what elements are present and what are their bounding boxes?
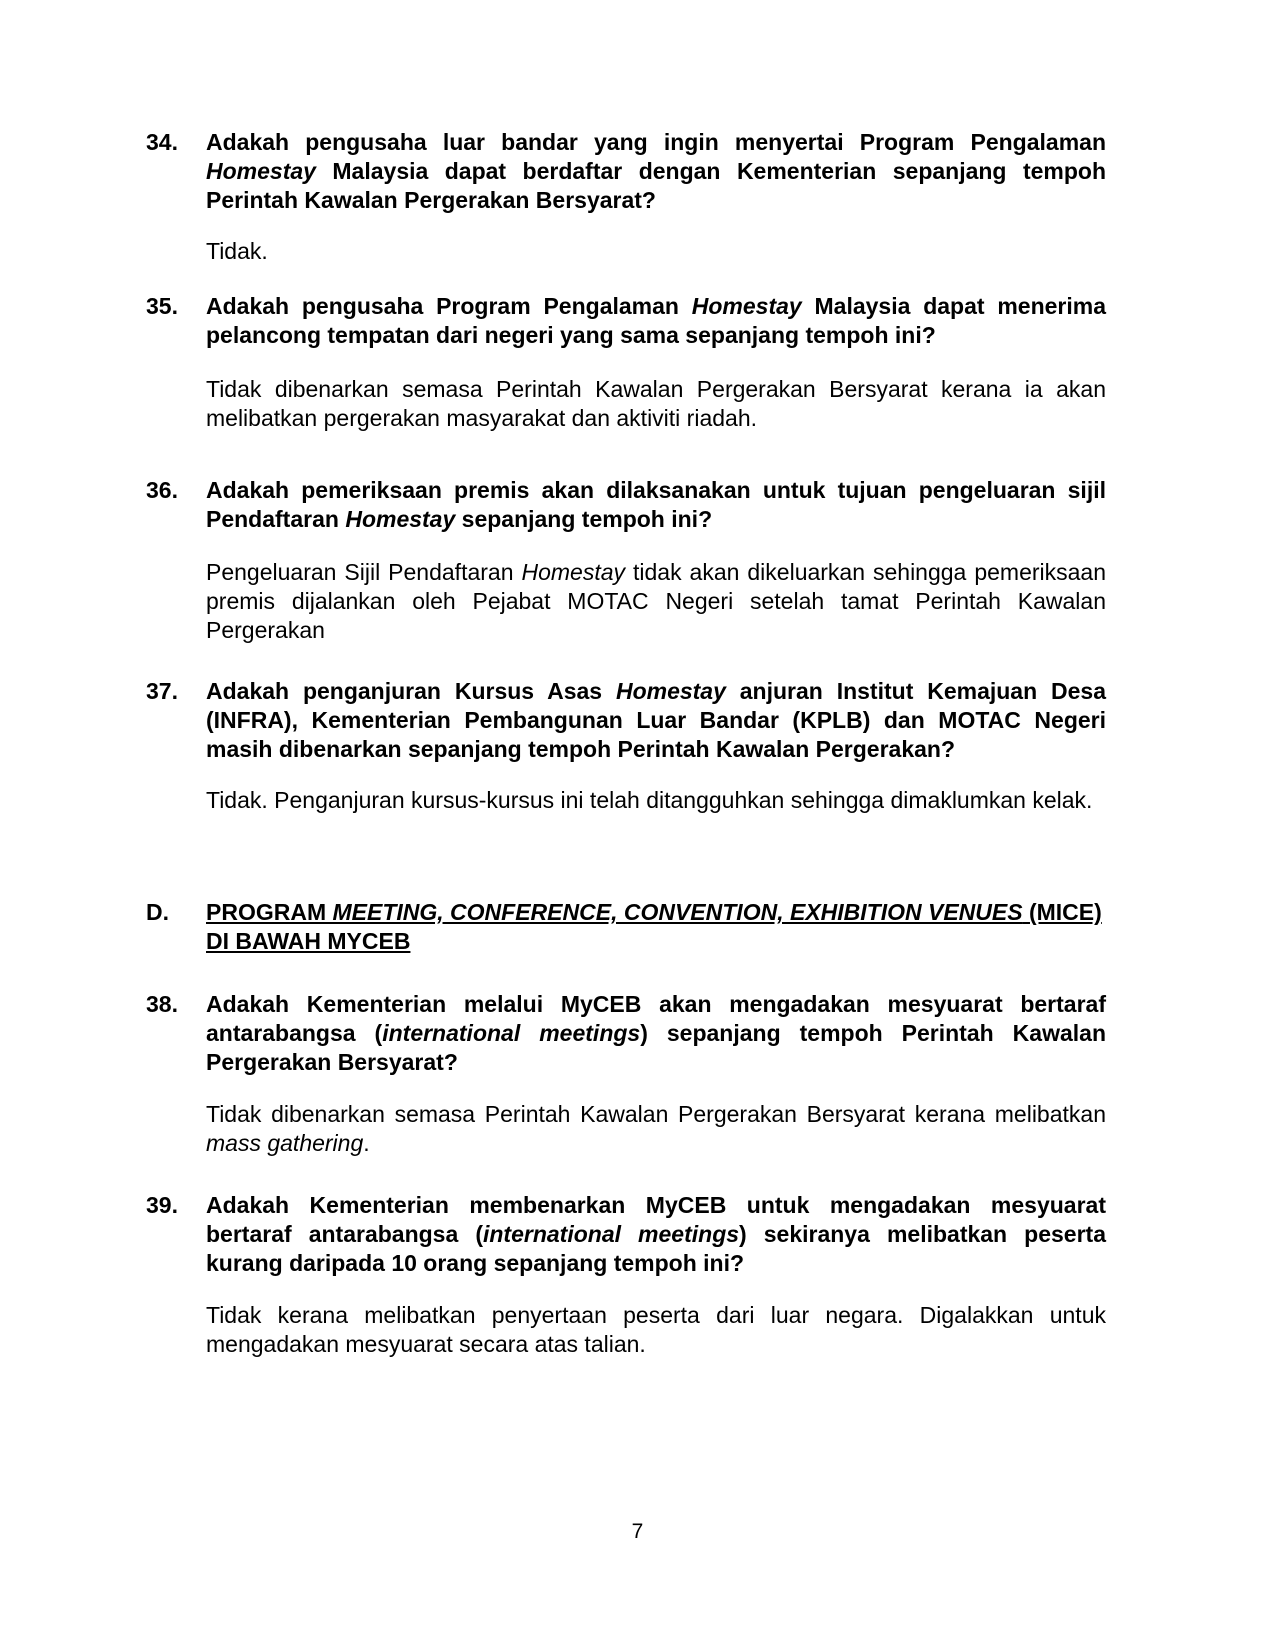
answer-text: Tidak. Penganjuran kursus-kursus ini tel… [206,786,1106,815]
answer-text: Tidak dibenarkan semasa Perintah Kawalan… [206,375,1106,433]
question-number: 36. [146,476,178,505]
answer-text: Pengeluaran Sijil Pendaftaran Homestay t… [206,558,1106,645]
answer-text: Tidak dibenarkan semasa Perintah Kawalan… [206,1100,1106,1158]
question-number: 37. [146,677,178,706]
question-text: Adakah pengusaha Program Pengalaman Home… [206,292,1106,350]
page-number: 7 [0,1520,1275,1544]
question-number: 38. [146,990,178,1019]
question-number: 35. [146,292,178,321]
question-text: Adakah pemeriksaan premis akan dilaksana… [206,476,1106,534]
italic-term: Homestay [345,506,455,532]
italic-term: MEETING, CONFERENCE, CONVENTION, EXHIBIT… [333,899,1023,925]
section-title: PROGRAM MEETING, CONFERENCE, CONVENTION,… [206,898,1106,956]
question-number: 34. [146,128,178,157]
italic-term: Homestay [521,559,625,585]
section-letter: D. [146,898,169,927]
document-page: 34. Adakah pengusaha luar bandar yang in… [0,0,1275,1650]
italic-term: international meetings [483,1221,739,1247]
question-text: Adakah penganjuran Kursus Asas Homestay … [206,677,1106,764]
answer-text: Tidak kerana melibatkan penyertaan peser… [206,1301,1106,1359]
question-number: 39. [146,1191,178,1220]
question-text: Adakah Kementerian melalui MyCEB akan me… [206,990,1106,1077]
answer-text: Tidak. [206,237,1106,266]
italic-term: Homestay [616,678,726,704]
question-text: Adakah pengusaha luar bandar yang ingin … [206,128,1106,215]
italic-term: Homestay [692,293,802,319]
italic-term: mass gathering [206,1130,363,1156]
question-text: Adakah Kementerian membenarkan MyCEB unt… [206,1191,1106,1278]
italic-term: international meetings [382,1020,640,1046]
italic-term: Homestay [206,158,316,184]
